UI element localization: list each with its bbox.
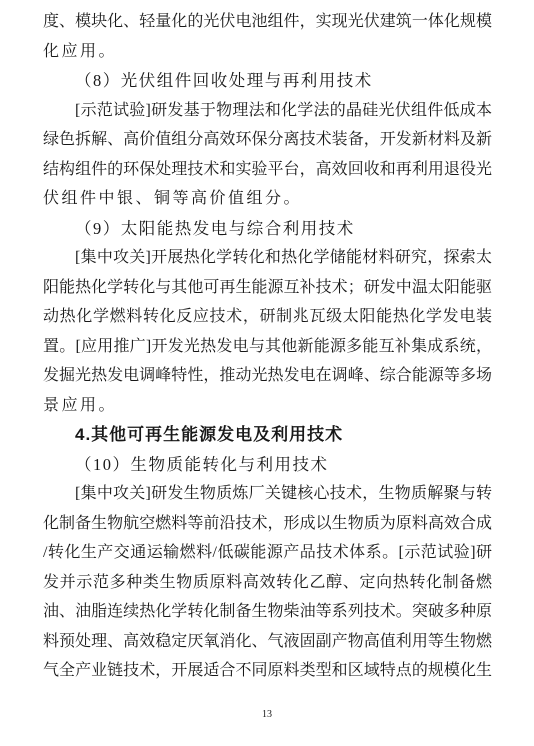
document-page: 度、模块化、轻量化的光伏电池组件，实现光伏建筑一体化规模 化应用。 （8）光伏组… bbox=[0, 0, 534, 746]
paragraph-line: /转化生产交通运输燃料/低碳能源产品技术体系。[示范试验]研 bbox=[43, 538, 492, 568]
paragraph-line: 油、油脂连续热化学转化制备生物柴油等系列技术。突破多种原 bbox=[43, 597, 492, 627]
paragraph-line: 发掘光热发电调峰特性，推动光热发电在调峰、综合能源等多场 bbox=[43, 361, 492, 391]
paragraph-line: 结构组件的环保处理技术和实验平台，高效回收和再利用退役光 bbox=[43, 155, 492, 185]
paragraph-line: 度、模块化、轻量化的光伏电池组件，实现光伏建筑一体化规模 bbox=[43, 7, 492, 37]
paragraph-line: 化应用。 bbox=[43, 37, 492, 67]
page-number: 13 bbox=[0, 708, 534, 722]
section-heading-10: （10）生物质能转化与利用技术 bbox=[43, 450, 492, 480]
paragraph-line: 阳能热化学转化与其他可再生能源互补技术；研发中温太阳能驱 bbox=[43, 273, 492, 303]
paragraph-line: 气全产业链技术，开展适合不同原料类型和区域特点的规模化生 bbox=[43, 656, 492, 686]
section-heading-8: （8）光伏组件回收处理与再利用技术 bbox=[43, 66, 492, 96]
paragraph-line: [集中攻关]开展热化学转化和热化学储能材料研究，探索太 bbox=[43, 243, 492, 273]
section-heading-9: （9）太阳能热发电与综合利用技术 bbox=[43, 214, 492, 244]
paragraph-line: 伏组件中银、铜等高价值组分。 bbox=[43, 184, 492, 214]
section-heading-4-other-renewables: 4.其他可再生能源发电及利用技术 bbox=[43, 420, 492, 450]
document-body: 度、模块化、轻量化的光伏电池组件，实现光伏建筑一体化规模 化应用。 （8）光伏组… bbox=[43, 7, 492, 686]
paragraph-line: 料预处理、高效稳定厌氧消化、气液固副产物高值利用等生物燃 bbox=[43, 627, 492, 657]
paragraph-line: 置。[应用推广]开发光热发电与其他新能源多能互补集成系统， bbox=[43, 332, 492, 362]
paragraph-line: 动热化学燃料转化反应技术，研制兆瓦级太阳能热化学发电装 bbox=[43, 302, 492, 332]
paragraph-line: [集中攻关]研发生物质炼厂关键核心技术，生物质解聚与转 bbox=[43, 479, 492, 509]
paragraph-line: 绿色拆解、高价值组分高效环保分离技术装备，开发新材料及新 bbox=[43, 125, 492, 155]
paragraph-line: 化制备生物航空燃料等前沿技术，形成以生物质为原料高效合成 bbox=[43, 509, 492, 539]
paragraph-line: 发并示范多种类生物质原料高效转化乙醇、定向热转化制备燃 bbox=[43, 568, 492, 598]
paragraph-line: [示范试验]研发基于物理法和化学法的晶硅光伏组件低成本 bbox=[43, 96, 492, 126]
paragraph-line: 景应用。 bbox=[43, 391, 492, 421]
